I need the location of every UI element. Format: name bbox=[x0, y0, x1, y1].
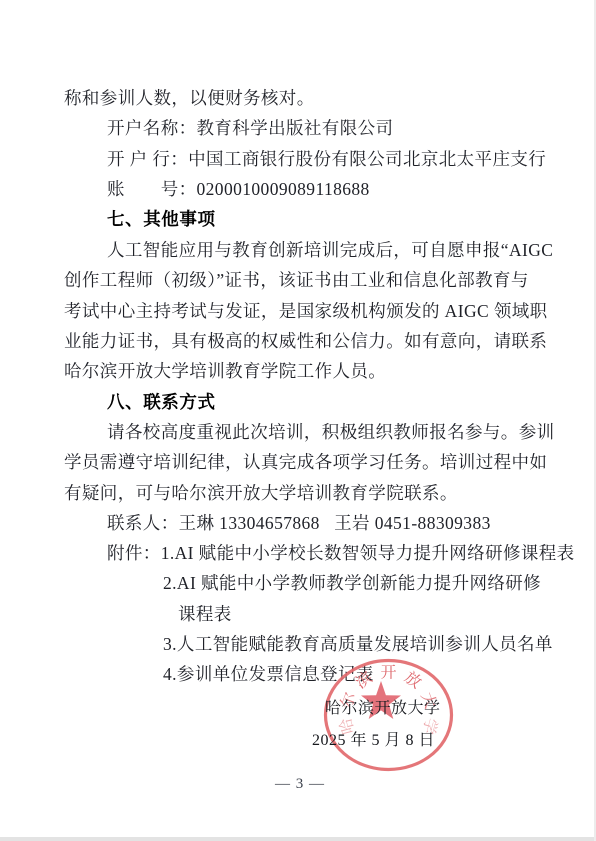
attachments-label-line: 附件：1.AI 赋能中小学校长数智领导力提升网络研修课程表 bbox=[107, 543, 575, 563]
seal-char-4: 开 bbox=[380, 664, 396, 682]
section-heading-other-matters: 七、其他事项 bbox=[107, 209, 216, 229]
other-matters-line-5: 哈尔滨开放大学培训教育学院工作人员。 bbox=[64, 361, 386, 381]
signature-date: 2025 年 5 月 8 日 bbox=[312, 727, 435, 750]
page-bottom-edge bbox=[0, 837, 596, 841]
document-page: 称和参训人数，以便财务核对。 开户名称：教育科学出版社有限公司 开 户 行：中国… bbox=[0, 0, 596, 841]
account-name-line: 开户名称：教育科学出版社有限公司 bbox=[107, 118, 393, 138]
contact-line-1: 请各校高度重视此次培训，积极组织教师报名参与。参训 bbox=[107, 422, 555, 442]
contact-line-2: 学员需遵守培训纪律，认真完成各项学习任务。培训过程中如 bbox=[64, 452, 547, 472]
account-number-line: 账 号：0200010009089118688 bbox=[107, 179, 370, 199]
page-number: — 3 — bbox=[230, 776, 370, 793]
signature-org: 哈尔滨开放大学 bbox=[325, 695, 441, 718]
attachment-2-line-1: 2.AI 赋能中小学教师教学创新能力提升网络研修 bbox=[163, 573, 541, 593]
attachment-2-line-2: 课程表 bbox=[178, 604, 232, 624]
other-matters-line-3: 考试中心主持考试与发证，是国家级机构颁发的 AIGC 领域职 bbox=[64, 301, 548, 321]
contact-line-3: 有疑问，可与哈尔滨开放大学培训教育学院联系。 bbox=[64, 483, 458, 503]
attachment-3-line: 3.人工智能赋能教育高质量发展培训参训人员名单 bbox=[163, 634, 553, 654]
bank-branch-line: 开 户 行：中国工商银行股份有限公司北京北太平庄支行 bbox=[107, 149, 546, 169]
seal-char-3: 滨 bbox=[352, 668, 375, 692]
section-heading-contact: 八、联系方式 bbox=[107, 392, 216, 412]
other-matters-line-4: 业能力证书，具有极高的权威性和公信力。如有意向，请联系 bbox=[64, 331, 547, 351]
seal-char-5: 放 bbox=[401, 668, 424, 692]
other-matters-line-2: 创作工程师（初级）”证书，该证书由工业和信息化部教育与 bbox=[64, 270, 529, 290]
other-matters-line-1: 人工智能应用与教育创新培训完成后，可自愿申报“AIGC bbox=[107, 240, 553, 260]
body-line-intro-tail: 称和参训人数，以便财务核对。 bbox=[64, 88, 315, 108]
contact-persons-line: 联系人：王琳 13304657868 王岩 0451-88309383 bbox=[107, 513, 491, 533]
